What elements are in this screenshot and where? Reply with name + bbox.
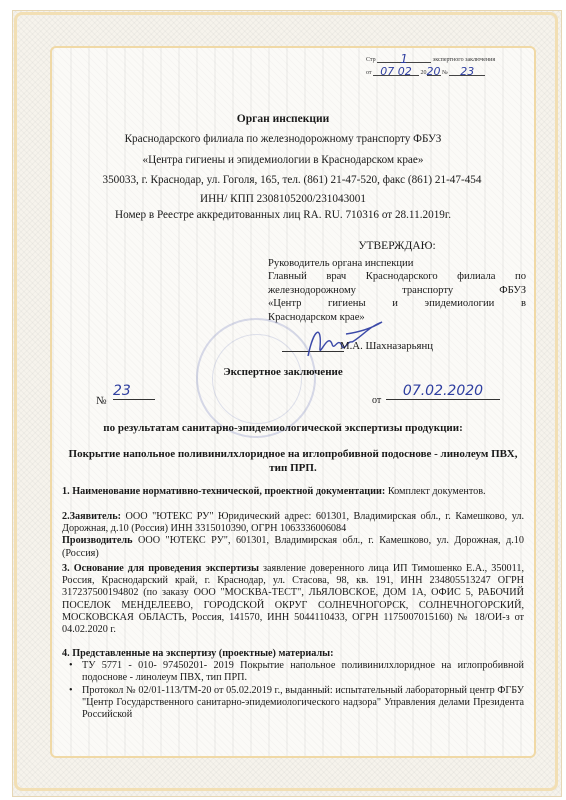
section-1-text: Комплект документов. <box>385 486 485 497</box>
date-prefix: от <box>366 70 372 76</box>
organization-line-2: «Центра гигиены и эпидемиологии в Красно… <box>0 154 566 166</box>
manufacturer-label: Производитель <box>62 535 133 546</box>
section-3: 3. Основание для проведения экспертизы з… <box>62 563 524 636</box>
approval-line-1: Руководитель органа инспекции <box>268 257 526 271</box>
section-3-label: 3. Основание для проведения экспертизы <box>62 563 259 574</box>
page-year: 20 <box>427 65 441 76</box>
section-4: 4. Представленные на экспертизу (проектн… <box>62 648 524 721</box>
list-item: ТУ 5771 - 010- 97450201- 2019 Покрытие н… <box>82 660 524 684</box>
page-suffix: экспертного заключения <box>433 57 496 63</box>
organization-address: 350033, г. Краснодар, ул. Гоголя, 165, т… <box>62 174 522 186</box>
page-label: Стр <box>366 57 376 63</box>
approval-title: УТВЕРЖДАЮ: <box>268 240 526 254</box>
conclusion-title: Экспертное заключение <box>0 366 566 378</box>
official-stamp <box>196 318 316 438</box>
conclusion-number: 23 <box>113 383 155 400</box>
organization-inn: ИНН/ КПП 2308105200/231043001 <box>0 193 566 205</box>
section-2: 2.Заявитель: ООО "ЮТЕКС РУ" Юридический … <box>62 511 524 560</box>
page-reference: Стр 1 экспертного заключения от 07 02 20… <box>366 52 495 76</box>
approval-line-3: железнодорожному транспорту ФБУЗ <box>268 284 526 298</box>
organization-title: Орган инспекции <box>0 113 566 125</box>
section-2-text: ООО "ЮТЕКС РУ" Юридический адрес: 601301… <box>62 511 524 534</box>
section-2-label: 2.Заявитель: <box>62 511 121 522</box>
results-heading: по результатам санитарно-эпидемиологичес… <box>0 422 566 434</box>
section-1-label: 1. Наименование нормативно-технической, … <box>62 486 385 497</box>
section-4-label: 4. Представленные на экспертизу (проектн… <box>62 648 334 659</box>
materials-list: ТУ 5771 - 010- 97450201- 2019 Покрытие н… <box>62 660 524 721</box>
product-name: Покрытие напольное поливинилхлоридное на… <box>62 447 524 475</box>
list-item: Протокол № 02/01-113/ТМ-20 от 05.02.2019… <box>82 685 524 722</box>
signer-name: М.А. Шахназарьянц <box>340 340 433 352</box>
approval-line-4: «Центр гигиены и эпидемиологии в <box>268 297 526 311</box>
accreditation-number: Номер в Реестре аккредитованных лиц RA. … <box>0 209 566 221</box>
approval-block: УТВЕРЖДАЮ: Руководитель органа инспекции… <box>268 240 526 324</box>
conclusion-number-label: № <box>96 395 107 407</box>
page-date: 07 02 <box>373 65 419 76</box>
approval-line-2: Главный врач Краснодарского филиала по <box>268 270 526 284</box>
document-page: Стр 1 экспертного заключения от 07 02 20… <box>0 0 566 800</box>
page-doc-number: 23 <box>449 65 485 76</box>
number-prefix: № <box>442 70 448 76</box>
organization-line-1: Краснодарского филиала по железнодорожно… <box>0 133 566 145</box>
page-number: 1 <box>377 52 431 63</box>
conclusion-date-label: от <box>372 395 381 406</box>
section-1: 1. Наименование нормативно-технической, … <box>62 486 524 498</box>
conclusion-date: 07.02.2020 <box>386 383 500 400</box>
